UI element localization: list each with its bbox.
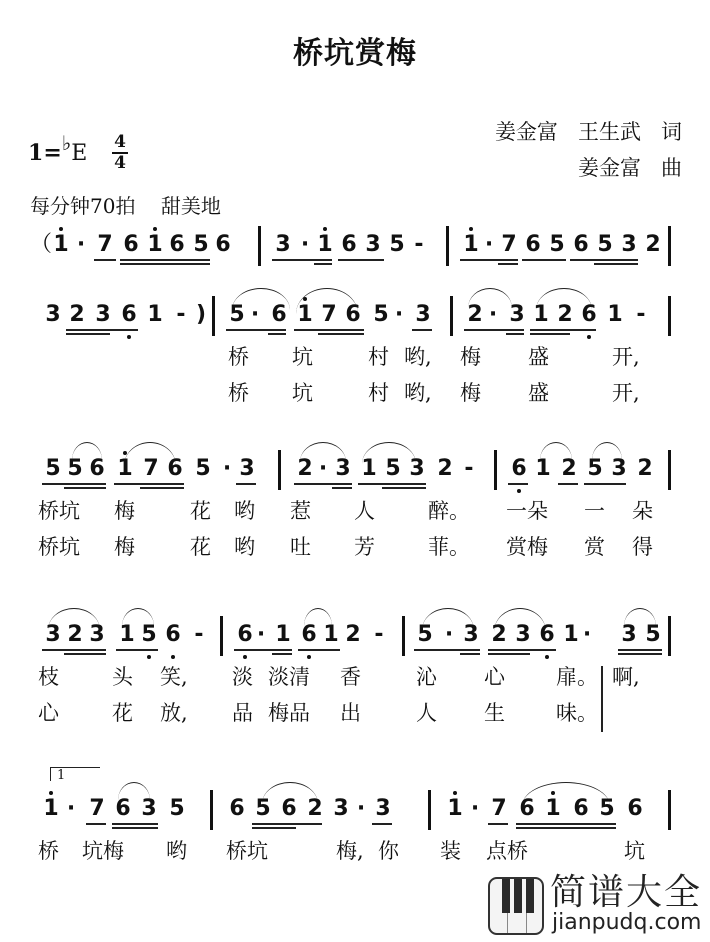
note: 3 (374, 796, 392, 822)
lyric-word: 赏 (584, 534, 605, 560)
note: 7 (88, 796, 106, 822)
lyric-word: 醉。 (428, 498, 470, 524)
lyric-word: 头 (112, 664, 133, 690)
note: 2 (644, 232, 662, 258)
note: 7 (490, 796, 508, 822)
bar-line (450, 296, 453, 336)
beam-underline (498, 263, 518, 265)
flat-icon: ♭ (62, 131, 71, 155)
lyric-word: 盛 (528, 380, 549, 406)
high-octave-dot (49, 791, 53, 795)
slur-arc (124, 442, 176, 466)
lyric-word: 哟 (234, 498, 255, 524)
beam-underline (252, 827, 296, 829)
lyric-word: 心 (484, 664, 505, 690)
lyric-word: 生 (484, 700, 505, 726)
bar-line (668, 296, 671, 336)
note: 6 (510, 456, 528, 482)
lyric-word: 桥坑 (38, 534, 80, 560)
verse-bracket (601, 666, 603, 732)
beam-underline (460, 653, 480, 655)
high-octave-dot (453, 791, 457, 795)
note: 6 (214, 232, 232, 258)
dot-note: · (390, 302, 408, 328)
lyric-word: 人 (354, 498, 375, 524)
bar-line (210, 790, 213, 830)
bar-line (494, 450, 497, 490)
note: 2 (344, 622, 362, 648)
note: 7 (96, 232, 114, 258)
beam-underline (116, 649, 158, 651)
lyric-word: 心 (38, 700, 59, 726)
note: 3 (620, 232, 638, 258)
note: 5 (388, 232, 406, 258)
lyric-word: 赏梅 (506, 534, 548, 560)
lyric-word: 花 (190, 534, 211, 560)
lyric-word: 坑 (624, 838, 645, 864)
lyric-word: 淡清 (268, 664, 310, 690)
dash-note: - (172, 302, 190, 328)
dot-note: · (252, 622, 270, 648)
beam-underline (618, 653, 662, 655)
beam-underline (42, 649, 106, 651)
note: 6 (572, 232, 590, 258)
note: 3 (238, 456, 256, 482)
lyric-word: 坑 (292, 380, 313, 406)
note: 2 (636, 456, 654, 482)
dot-note: · (62, 796, 80, 822)
slur-arc (624, 608, 656, 626)
slur-arc (422, 608, 474, 630)
beam-underline (112, 827, 158, 829)
time-signature-bottom: 4 (114, 153, 126, 173)
lyric-word: 梅品 (268, 700, 310, 726)
beam-underline (516, 823, 616, 825)
high-octave-dot (153, 227, 157, 231)
beam-underline (140, 487, 184, 489)
lyric-word: 一 (584, 498, 605, 524)
lyric-word: 桥 (228, 344, 249, 370)
dot-note: · (296, 232, 314, 258)
low-octave-dot (243, 655, 247, 659)
note: 6 (122, 232, 140, 258)
beam-underline (120, 259, 210, 261)
beam-underline (522, 259, 566, 261)
key-one: 1 (28, 140, 43, 166)
lyric-word: 梅 (114, 534, 135, 560)
beam-underline (66, 333, 110, 335)
volta-bracket: 1 (50, 767, 100, 781)
lyric-word: 枝 (38, 664, 59, 690)
beam-underline (272, 259, 332, 261)
note: 6 (164, 622, 182, 648)
lyric-word: 村 (368, 344, 389, 370)
beam-underline (268, 333, 286, 335)
note: 1 (446, 796, 464, 822)
beam-underline (460, 259, 518, 261)
lyric-word: 开, (612, 344, 640, 370)
slur-arc (494, 608, 546, 632)
tempo-marking: 每分钟70拍 甜美地 (30, 190, 221, 219)
beam-underline (272, 653, 292, 655)
note: 1 (146, 232, 164, 258)
beam-underline (488, 653, 530, 655)
lyric-word: 桥坑 (226, 838, 268, 864)
lyric-word: 笑, (160, 664, 188, 690)
lyric-word: 梅 (460, 344, 481, 370)
note: 3 (414, 302, 432, 328)
high-octave-dot (469, 227, 473, 231)
lyric-word: 芳 (354, 534, 375, 560)
beam-underline (488, 649, 556, 651)
low-octave-dot (127, 335, 131, 339)
note: 3 (44, 302, 62, 328)
lyric-word: 点桥 (486, 838, 528, 864)
slur-arc (48, 608, 100, 630)
lyric-word: 开, (612, 380, 640, 406)
high-octave-dot (323, 227, 327, 231)
lyric-word: 梅, (336, 838, 364, 864)
bar-line (402, 616, 405, 656)
beam-underline (584, 483, 626, 485)
beam-underline (358, 483, 426, 485)
dot-note: · (578, 622, 596, 648)
lyric-word: 花 (112, 700, 133, 726)
note: 6 (120, 302, 138, 328)
bar-line (668, 790, 671, 830)
note: 5 (192, 232, 210, 258)
beam-underline (594, 263, 638, 265)
note: 5 (548, 232, 566, 258)
bar-line (258, 226, 261, 266)
low-octave-dot (307, 655, 311, 659)
low-octave-dot (147, 655, 151, 659)
lyric-word: 淡 (232, 664, 253, 690)
note: 6 (168, 232, 186, 258)
beam-underline (42, 483, 106, 485)
lyric-word: 啊, (612, 664, 640, 690)
volta-number: 1 (57, 768, 65, 783)
lyric-word: 沁 (416, 664, 437, 690)
low-octave-dot (171, 655, 175, 659)
lyric-word: 哟, (404, 344, 432, 370)
dash-note: - (632, 302, 650, 328)
note: 1 (146, 302, 164, 328)
key-signature: 1=♭E (28, 140, 87, 166)
high-octave-dot (59, 227, 63, 231)
beam-underline (488, 823, 508, 825)
beam-underline (64, 653, 106, 655)
lyric-word: 出 (340, 700, 361, 726)
beam-underline (414, 649, 480, 651)
note: 2 (436, 456, 454, 482)
beam-underline (234, 649, 292, 651)
lyric-word: 哟 (234, 534, 255, 560)
note: 1 (316, 232, 334, 258)
slur-arc (536, 288, 592, 310)
lyric-word: 梅 (460, 380, 481, 406)
beam-underline (318, 333, 364, 335)
bar-line (446, 226, 449, 266)
note: 5 (194, 456, 212, 482)
lyric-word: 放, (160, 700, 188, 726)
slur-arc (118, 782, 150, 800)
composer-credit: 姜金富 曲 (578, 152, 682, 182)
beam-underline (226, 329, 286, 331)
lyric-word: 人 (416, 700, 437, 726)
lyric-word: 吐 (290, 534, 311, 560)
lyric-word: 品 (232, 700, 253, 726)
lyric-word: 味。 (556, 700, 598, 726)
note: 7 (500, 232, 518, 258)
slur-arc (262, 782, 318, 804)
note: 6 (524, 232, 542, 258)
lyric-word: 坑梅 (82, 838, 124, 864)
dot-note: · (466, 796, 484, 822)
low-octave-dot (587, 335, 591, 339)
note: 6 (340, 232, 358, 258)
note: 3 (332, 796, 350, 822)
lyric-word: 花 (190, 498, 211, 524)
note: 5 (168, 796, 186, 822)
note: 5 (596, 232, 614, 258)
lyric-word: 桥 (228, 380, 249, 406)
beam-underline (294, 329, 364, 331)
lyric-word: 一朵 (506, 498, 548, 524)
open-paren: （ (30, 232, 52, 258)
beam-underline (530, 329, 596, 331)
dot-note: · (352, 796, 370, 822)
slur-arc (72, 442, 102, 460)
note: 1 (42, 796, 60, 822)
beam-underline (298, 649, 340, 651)
slur-arc (300, 442, 346, 462)
bar-line (668, 450, 671, 490)
note: 5 (372, 302, 390, 328)
beam-underline (558, 483, 578, 485)
bar-line (428, 790, 431, 830)
bar-line (668, 616, 671, 656)
lyric-word: 得 (632, 534, 653, 560)
slur-arc (304, 608, 332, 626)
lyric-word: 扉。 (556, 664, 598, 690)
beam-underline (412, 329, 432, 331)
note: 3 (94, 302, 112, 328)
lyric-word: 哟, (404, 380, 432, 406)
dash-note: - (370, 622, 388, 648)
lyric-word: 你 (378, 838, 399, 864)
dash-note: - (410, 232, 428, 258)
slur-arc (522, 782, 610, 806)
score-title: 桥坑赏梅 (0, 28, 710, 72)
note: 1 (274, 622, 292, 648)
beam-underline (372, 823, 392, 825)
low-octave-dot (517, 489, 521, 493)
lyric-word: 桥坑 (38, 498, 80, 524)
dot-note: · (72, 232, 90, 258)
slur-arc (540, 442, 572, 460)
slur-arc (122, 608, 154, 626)
bar-line (220, 616, 223, 656)
time-signature-top: 4 (114, 132, 126, 152)
beam-underline (236, 483, 256, 485)
beam-underline (86, 823, 106, 825)
lyric-word: 桥 (38, 838, 59, 864)
beam-underline (516, 827, 616, 829)
beam-underline (112, 823, 158, 825)
lyric-word: 哟 (166, 838, 187, 864)
note: 1 (606, 302, 624, 328)
lyric-word: 香 (340, 664, 361, 690)
beam-underline (570, 259, 638, 261)
lyric-word: 菲。 (428, 534, 470, 560)
note: 1 (462, 232, 480, 258)
beam-underline (506, 333, 524, 335)
lyric-word: 朵 (632, 498, 653, 524)
note: 2 (68, 302, 86, 328)
lyricists-credit: 姜金富 王生武 词 (495, 116, 682, 146)
key-equals: = (43, 140, 61, 166)
beam-underline (114, 483, 184, 485)
dot-note: · (480, 232, 498, 258)
note: 3 (274, 232, 292, 258)
logo-chinese-text: 简谱大全 (550, 873, 702, 913)
lyric-word: 村 (368, 380, 389, 406)
beam-underline (314, 263, 332, 265)
note: ) (192, 302, 210, 328)
beam-underline (508, 483, 528, 485)
beam-underline (530, 333, 570, 335)
beam-underline (332, 487, 352, 489)
piano-keys-icon (488, 877, 544, 935)
beam-underline (94, 259, 116, 261)
beam-underline (464, 329, 524, 331)
site-logo: 简谱大全 jianpudq.com (488, 873, 710, 937)
slur-arc (362, 442, 416, 464)
bar-line (668, 226, 671, 266)
beam-underline (66, 329, 138, 331)
low-octave-dot (545, 655, 549, 659)
slur-arc (468, 288, 512, 308)
slur-arc (232, 288, 290, 310)
note: 6 (626, 796, 644, 822)
time-signature: 4 4 (112, 134, 128, 172)
beam-underline (338, 259, 384, 261)
lyric-word: 梅 (114, 498, 135, 524)
bar-line (212, 296, 215, 336)
key-note: E (71, 141, 87, 166)
slur-arc (592, 442, 622, 460)
bar-line (278, 450, 281, 490)
beam-underline (618, 649, 662, 651)
dash-note: - (460, 456, 478, 482)
note: 6 (228, 796, 246, 822)
lyric-word: 装 (440, 838, 461, 864)
note: 1 (52, 232, 70, 258)
beam-underline (294, 483, 352, 485)
note: 3 (364, 232, 382, 258)
dash-note: - (190, 622, 208, 648)
dot-note: · (218, 456, 236, 482)
lyric-word: 坑 (292, 344, 313, 370)
lyric-word: 盛 (528, 344, 549, 370)
beam-underline (64, 487, 106, 489)
beam-underline (382, 487, 426, 489)
beam-underline (120, 263, 210, 265)
note: 5 (44, 456, 62, 482)
beam-underline (252, 823, 322, 825)
lyric-word: 惹 (290, 498, 311, 524)
slur-arc (296, 288, 358, 314)
logo-domain-text: jianpudq.com (552, 911, 701, 935)
